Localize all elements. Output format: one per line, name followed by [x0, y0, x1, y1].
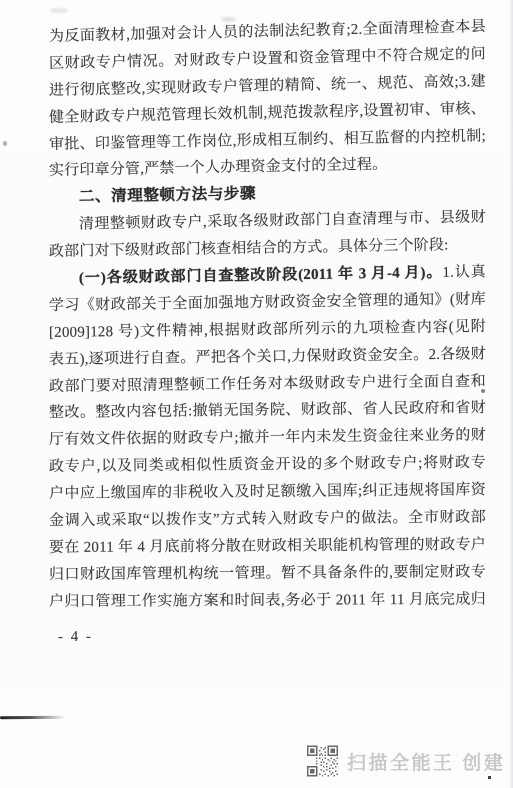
page-number: - 4 - [58, 629, 93, 646]
document-text-block: 为反面教材,加强对会计人员的法制法纪教育;2.全面清理检查本县区财政专户情况。对… [49, 24, 486, 616]
emphasized-text: (一)各级财政部门自查整改阶段(2011 年 3 月-4 月)。 [79, 265, 443, 287]
body-text: 户中应上缴国库的非税收入及时足额缴入国库;纠正违规将国库资 [49, 482, 486, 502]
scan-artifact-dot [3, 141, 7, 146]
text-line: 户归口管理工作实施方案和时间表,务必于 2011 年 11 月底完成归 [49, 586, 486, 615]
body-text: 清理整顿财政专户,采取各级财政部门自查清理与市、县级财 [79, 210, 486, 233]
body-text: 1.认真 [442, 264, 486, 281]
text-line: 归口财政国库管理机构统一管理。暂不具备条件的,要制定财政专 [49, 559, 486, 589]
camscanner-qr-icon [307, 744, 338, 778]
watermark-text: 扫描全能王 创建 [347, 748, 505, 775]
body-text: 归口财政国库管理机构统一管理。暂不具备条件的,要制定财政专 [49, 564, 486, 583]
scan-artifact-right-edge [509, 0, 513, 788]
body-text: 要在 2011 年 4 月底前将分散在财政相关职能机构管理的财政专户 [49, 537, 486, 556]
text-line: 户中应上缴国库的非税收入及时足额缴入国库;纠正违规将国库资 [49, 477, 486, 508]
body-text: 政部门对下级财政部门核查相结合的方式。具体分三个阶段: [49, 238, 449, 261]
text-line: 政专户,以及同类或相似性质资金开设的多个财政专户;将财政专 [49, 450, 486, 481]
scanned-document-page: 为反面教材,加强对会计人员的法制法纪教育;2.全面清理检查本县区财政专户情况。对… [0, 0, 513, 788]
scan-artifact-smudge [50, 8, 68, 13]
body-text: 实行印章分管,严禁一个人办理资金支付的全过程。 [49, 157, 388, 179]
body-text: 政专户,以及同类或相似性质资金开设的多个财政专户;将财政专 [49, 455, 486, 475]
body-text: 为反面教材,加强对会计人员的法制法纪教育;2.全面清理检查本县 [49, 19, 486, 45]
body-text: 健全财政专户规范管理长效机制,规范拨款程序,设置初审、审核、 [49, 101, 486, 126]
body-text: 学习《财政部关于全面加强地方财政资金安全管理的通知》(财库 [49, 292, 486, 314]
text-line: 要在 2011 年 4 月底前将分散在财政相关职能机构管理的财政专户 [49, 532, 486, 562]
body-text: [2009]128 号)文件精神,根据财政部所列示的九项检查内容(见附 [49, 319, 486, 341]
scan-artifact-streak [0, 716, 66, 720]
body-text: 厅有效文件依据的财政专户;撤并一年内未发生资金往来业务的财 [49, 428, 486, 449]
emphasized-text: 二、清理整顿方法与步骤 [79, 186, 256, 206]
body-text: 审批、印鉴管理等工作岗位,形成相互制约、相互监督的内控机制; [49, 128, 486, 153]
body-text: 金调入或采取“以拨作支”方式转入财政专户的做法。全市财政部门 [49, 510, 486, 535]
watermark: 扫描全能王 创建 [307, 744, 505, 778]
body-text: 政部门要对照清理整顿工作任务对本级财政专户进行全面自查和 [49, 373, 486, 394]
body-text: 表五),逐项进行自查。严把各个关口,力保财政资金安全。2.各级财 [49, 346, 486, 368]
text-line: 金调入或采取“以拨作支”方式转入财政专户的做法。全市财政部门 [49, 505, 486, 535]
body-text: 户归口管理工作实施方案和时间表,务必于 2011 年 11 月底完成归 [49, 591, 486, 609]
